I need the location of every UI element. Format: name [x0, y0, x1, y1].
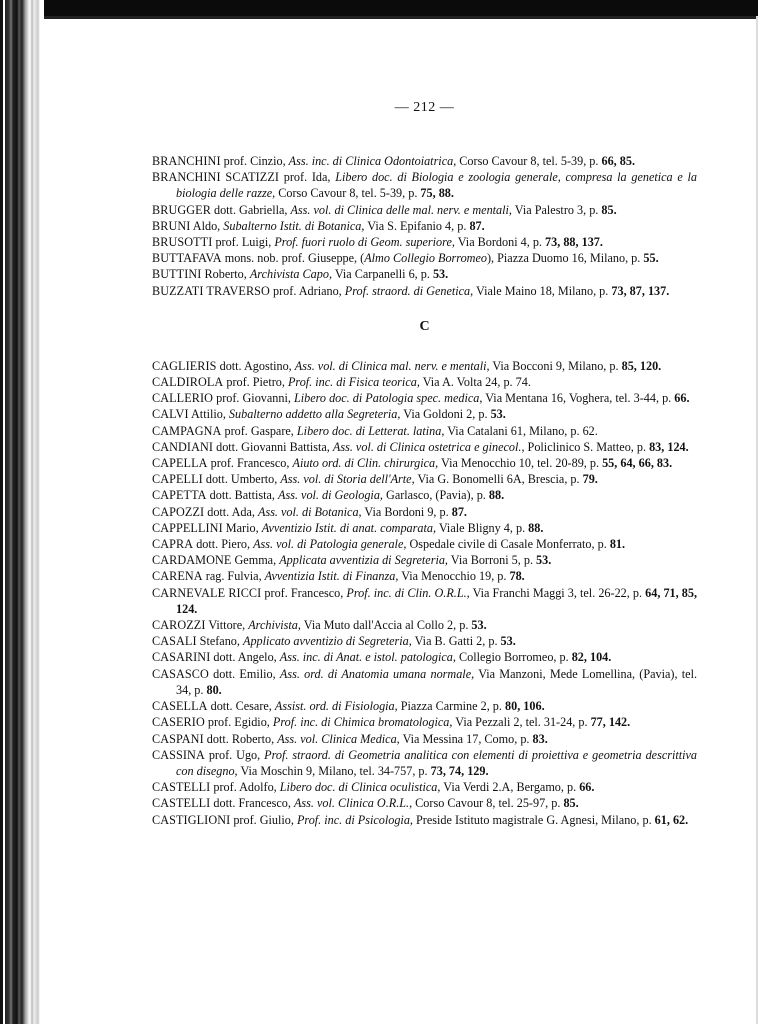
entry-role: Ass. vol. di Geologia, — [278, 488, 383, 502]
entry-role: Aiuto ord. di Clin. chirurgica, — [293, 456, 439, 470]
entry-name: Roberto, — [205, 267, 247, 281]
entry-pages: 61, 62. — [655, 813, 689, 827]
entry-pages: 79. — [583, 472, 598, 486]
entry-address: Via Mentana 16, Voghera, tel. 3-44, p. — [485, 391, 671, 405]
entry-role: Archivista Capo, — [250, 267, 332, 281]
entry-role: Ass. vol. di Botanica, — [258, 505, 362, 519]
entry-address: Via Palestro 3, p. — [515, 203, 599, 217]
entry-name: dott. Umberto, — [206, 472, 277, 486]
directory-entry: CALVI Attilio, Subalterno addetto alla S… — [152, 406, 697, 422]
directory-entry: CARDAMONE Gemma, Applicata avventizia di… — [152, 552, 697, 568]
entry-role: Applicata avventizia di Segreteria, — [279, 553, 448, 567]
entry-pages: 82, 104. — [572, 650, 612, 664]
directory-entry: CAROZZI Vittore, Archivista, Via Muto da… — [152, 617, 697, 633]
entry-address: Piazza Carmine 2, p. — [401, 699, 502, 713]
directory-entry: CARENA rag. Fulvia, Avventizia Istit. di… — [152, 568, 697, 584]
directory-entry: CALDIROLA prof. Pietro, Prof. inc. di Fi… — [152, 374, 697, 390]
entry-address: Via S. Epifanio 4, p. — [367, 219, 466, 233]
scan-binding-edge — [0, 0, 44, 1024]
entry-surname: CARENA — [152, 569, 203, 583]
page-number: — 212 — — [152, 100, 697, 116]
entry-role: Almo Collegio Borromeo — [364, 251, 487, 265]
entry-role: Ass. vol. Clinica O.R.L., — [294, 796, 412, 810]
entry-name: Vittore, — [208, 618, 245, 632]
entry-surname: CAROZZI — [152, 618, 206, 632]
entry-address: Via A. Volta 24, p. 74. — [423, 375, 531, 389]
entry-name: prof. Francesco, — [264, 586, 343, 600]
entry-pages: 85. — [601, 203, 616, 217]
directory-entry: CANDIANI dott. Giovanni Battista, Ass. v… — [152, 439, 697, 455]
entry-pages: 78. — [509, 569, 524, 583]
directory-entry: CAPELLA prof. Francesco, Aiuto ord. di C… — [152, 455, 697, 471]
entry-pages: 66, 85. — [601, 154, 635, 168]
entry-pages: 55, 64, 66, 83. — [602, 456, 672, 470]
entry-pages: 73, 87, 137. — [611, 284, 669, 298]
entry-surname: BRUNI — [152, 219, 190, 233]
entry-pages: 55. — [643, 251, 658, 265]
directory-entry: CASTELLI prof. Adolfo, Libero doc. di Cl… — [152, 779, 697, 795]
entry-name: dott. Ada, — [207, 505, 255, 519]
entry-name: Attilio, — [191, 407, 226, 421]
directory-entry: CALLERIO prof. Giovanni, Libero doc. di … — [152, 390, 697, 406]
entry-name: prof. Adolfo, — [213, 780, 276, 794]
entry-name: dott. Emilio, — [213, 667, 275, 681]
entry-surname: CASTIGLIONI — [152, 813, 230, 827]
entry-address: Via Catalani 61, Milano, p. 62. — [447, 424, 598, 438]
entry-address: Via Pezzali 2, tel. 31-24, p. — [455, 715, 587, 729]
entry-surname: BUZZATI TRAVERSO — [152, 284, 270, 298]
entry-name: prof. Luigi, — [215, 235, 271, 249]
directory-entry: CAPELLI dott. Umberto, Ass. vol. di Stor… — [152, 471, 697, 487]
entry-address: Via Carpanelli 6, p. — [335, 267, 430, 281]
entry-surname: BRANCHINI — [152, 154, 221, 168]
entry-role: Assist. ord. di Fisiologia, — [275, 699, 398, 713]
entry-role: Libero doc. di Patologia spec. medica, — [294, 391, 482, 405]
directory-entry: BRANCHINI SCATIZZI prof. Ida, Libero doc… — [152, 169, 697, 201]
entry-name: prof. Francesco, — [211, 456, 290, 470]
directory-entry: BUTTAFAVA mons. nob. prof. Giuseppe, (Al… — [152, 250, 697, 266]
entry-surname: CASASCO — [152, 667, 209, 681]
entry-surname: CASARINI — [152, 650, 210, 664]
entry-surname: CAMPAGNA — [152, 424, 221, 438]
entry-surname: CASERIO — [152, 715, 205, 729]
entry-role: Subalterno Istit. di Botanica, — [223, 219, 364, 233]
entry-pages: 53. — [491, 407, 506, 421]
entry-role: Ass. vol. di Clinica mal. nerv. e mental… — [295, 359, 490, 373]
entry-pages: 80. — [206, 683, 221, 697]
entry-name: mons. nob. prof. Giuseppe, ( — [225, 251, 364, 265]
directory-entry: CASELLA dott. Cesare, Assist. ord. di Fi… — [152, 698, 697, 714]
entry-pages: 81. — [610, 537, 625, 551]
entry-pages: 88. — [489, 488, 504, 502]
entry-pages: 66. — [674, 391, 689, 405]
entry-name: prof. Gaspare, — [224, 424, 293, 438]
entry-address: Via Bocconi 9, Milano, p. — [492, 359, 618, 373]
entry-name: rag. Fulvia, — [206, 569, 262, 583]
entry-name: dott. Giovanni Battista, — [216, 440, 330, 454]
entry-role: Libero doc. di Clinica oculistica, — [280, 780, 441, 794]
entry-address: Ospedale civile di Casale Monferrato, p. — [409, 537, 606, 551]
entry-pages: 53. — [471, 618, 486, 632]
directory-entry: CAMPAGNA prof. Gaspare, Libero doc. di L… — [152, 423, 697, 439]
entry-name: prof. Egidio, — [208, 715, 270, 729]
directory-entry: CAPETTA dott. Battista, Ass. vol. di Geo… — [152, 487, 697, 503]
directory-entry: BUTTINI Roberto, Archivista Capo, Via Ca… — [152, 266, 697, 282]
entry-pages: 80, 106. — [505, 699, 545, 713]
entry-role: Archivista, — [248, 618, 301, 632]
entry-surname: CASALI — [152, 634, 197, 648]
scan-top-border — [0, 0, 758, 16]
entry-surname: CAPELLI — [152, 472, 203, 486]
entry-role: Applicato avventizio di Segreteria, — [243, 634, 412, 648]
entry-name: dott. Agostino, — [220, 359, 292, 373]
entry-surname: CAPOZZI — [152, 505, 204, 519]
entry-name: dott. Battista, — [210, 488, 275, 502]
directory-entry: BRUSOTTI prof. Luigi, Prof. fuori ruolo … — [152, 234, 697, 250]
directory-entry: CAPOZZI dott. Ada, Ass. vol. di Botanica… — [152, 504, 697, 520]
section-c: CAGLIERIS dott. Agostino, Ass. vol. di C… — [152, 358, 697, 828]
entry-surname: CARDAMONE — [152, 553, 231, 567]
entry-surname: BRUSOTTI — [152, 235, 212, 249]
entry-pages: 88. — [528, 521, 543, 535]
entry-role: Ass. vol. di Storia dell'Arte, — [280, 472, 414, 486]
entry-pages: 53. — [536, 553, 551, 567]
entry-address: Via Verdi 2.A, Bergamo, p. — [443, 780, 576, 794]
entry-name: prof. Ugo, — [209, 748, 260, 762]
entry-surname: CALVI — [152, 407, 189, 421]
entry-surname: CAPETTA — [152, 488, 207, 502]
entry-address: Via Bordoni 9, p. — [364, 505, 448, 519]
section-letter-heading: C — [152, 319, 697, 335]
entry-pages: 73, 74, 129. — [431, 764, 489, 778]
entry-role: Prof. inc. di Psicologia, — [297, 813, 413, 827]
entry-address: Via Menocchio 10, tel. 20-89, p. — [441, 456, 599, 470]
entry-pages: 85, 120. — [622, 359, 662, 373]
entry-name: prof. Cinzio, — [224, 154, 286, 168]
document-page: — 212 — BRANCHINI prof. Cinzio, Ass. inc… — [152, 100, 697, 828]
entry-role: Ass. ord. di Anatomia umana normale, — [280, 667, 474, 681]
entry-address: Via G. Bonomelli 6A, Brescia, p. — [417, 472, 579, 486]
entry-address: Via Franchi Maggi 3, tel. 26-22, p. — [473, 586, 642, 600]
entry-role: Libero doc. di Letterat. latina, — [297, 424, 445, 438]
entry-surname: CALLERIO — [152, 391, 213, 405]
entry-pages: 87. — [469, 219, 484, 233]
entry-name: Gemma, — [235, 553, 277, 567]
entry-address: Viale Bligny 4, p. — [439, 521, 525, 535]
directory-entry: CAPRA dott. Piero, Ass. vol. di Patologi… — [152, 536, 697, 552]
entry-surname: BRUGGER — [152, 203, 211, 217]
entry-role: Prof. inc. di Clin. O.R.L., — [346, 586, 469, 600]
entry-pages: 53. — [501, 634, 516, 648]
entry-name: Aldo, — [193, 219, 220, 233]
directory-entry: CAGLIERIS dott. Agostino, Ass. vol. di C… — [152, 358, 697, 374]
directory-entry: CASSINA prof. Ugo, Prof. straord. di Geo… — [152, 747, 697, 779]
directory-entry: CASPANI dott. Roberto, Ass. vol. Clinica… — [152, 731, 697, 747]
entry-name: Mario, — [226, 521, 259, 535]
entry-address: Preside Istituto magistrale G. Agnesi, M… — [416, 813, 652, 827]
entry-pages: 53. — [433, 267, 448, 281]
entry-address: Via Muto dall'Accia al Collo 2, p. — [304, 618, 469, 632]
section-b-continued: BRANCHINI prof. Cinzio, Ass. inc. di Cli… — [152, 153, 697, 299]
entry-surname: CALDIROLA — [152, 375, 223, 389]
entry-surname: BUTTINI — [152, 267, 201, 281]
entry-address: Via Goldoni 2, p. — [403, 407, 487, 421]
directory-entry: BRUGGER dott. Gabriella, Ass. vol. di Cl… — [152, 202, 697, 218]
scan-top-rule — [30, 16, 758, 19]
entry-pages: 85. — [563, 796, 578, 810]
directory-entry: CASARINI dott. Angelo, Ass. inc. di Anat… — [152, 649, 697, 665]
entry-role: Prof. inc. di Chimica bromatologica, — [273, 715, 453, 729]
entry-name: dott. Roberto, — [207, 732, 274, 746]
entry-address: Via B. Gatti 2, p. — [415, 634, 498, 648]
entry-role: Ass. inc. di Clinica Odontoiatrica, — [289, 154, 457, 168]
entry-address: Via Menocchio 19, p. — [401, 569, 506, 583]
entry-address: Corso Cavour 8, tel. 25-97, p. — [415, 796, 560, 810]
entry-role: Prof. straord. di Genetica, — [345, 284, 473, 298]
entry-surname: BUTTAFAVA — [152, 251, 222, 265]
directory-entry: CASTELLI dott. Francesco, Ass. vol. Clin… — [152, 795, 697, 811]
entry-address: Viale Maino 18, Milano, p. — [476, 284, 608, 298]
entry-pages: 83. — [533, 732, 548, 746]
entry-surname: CANDIANI — [152, 440, 213, 454]
entry-surname: CASELLA — [152, 699, 208, 713]
entry-role: Avventizio Istit. di anat. comparata, — [262, 521, 436, 535]
entry-address: Policlinico S. Matteo, p. — [528, 440, 646, 454]
entry-address: Collegio Borromeo, p. — [459, 650, 569, 664]
entry-surname: CASTELLI — [152, 796, 210, 810]
entry-pages: 77, 142. — [591, 715, 631, 729]
entry-role: Ass. vol. di Clinica delle mal. nerv. e … — [290, 203, 511, 217]
entry-surname: CARNEVALE RICCI — [152, 586, 261, 600]
entry-surname: CAPPELLINI — [152, 521, 223, 535]
directory-entry: CAPPELLINI Mario, Avventizio Istit. di a… — [152, 520, 697, 536]
entry-name: dott. Cesare, — [211, 699, 272, 713]
entry-address: Corso Cavour 8, tel. 5-39, p. — [278, 186, 417, 200]
entry-pages: 87. — [452, 505, 467, 519]
directory-entry: CASTIGLIONI prof. Giulio, Prof. inc. di … — [152, 812, 697, 828]
entry-address: Via Messina 17, Como, p. — [403, 732, 530, 746]
entry-role: Prof. inc. di Fisica teorica, — [288, 375, 420, 389]
entry-surname: CAPRA — [152, 537, 193, 551]
entry-surname: CASPANI — [152, 732, 204, 746]
entry-name: Stefano, — [200, 634, 240, 648]
entry-address: ), Piazza Duomo 16, Milano, p. — [487, 251, 640, 265]
entry-role: Ass. vol. di Patologia generale, — [253, 537, 406, 551]
directory-entry: BRANCHINI prof. Cinzio, Ass. inc. di Cli… — [152, 153, 697, 169]
directory-entry: CARNEVALE RICCI prof. Francesco, Prof. i… — [152, 585, 697, 617]
entry-surname: CAGLIERIS — [152, 359, 217, 373]
entry-address: Via Moschin 9, Milano, tel. 34-757, p. — [240, 764, 427, 778]
entry-pages: 73, 88, 137. — [545, 235, 603, 249]
entry-surname: BRANCHINI SCATIZZI — [152, 170, 279, 184]
entry-surname: CASSINA — [152, 748, 205, 762]
entry-name: dott. Gabriella, — [214, 203, 287, 217]
entry-pages: 66. — [579, 780, 594, 794]
directory-entry: CASALI Stefano, Applicato avventizio di … — [152, 633, 697, 649]
entry-role: Ass. vol. Clinica Medica, — [277, 732, 400, 746]
entry-surname: CAPELLA — [152, 456, 208, 470]
entry-name: dott. Angelo, — [213, 650, 276, 664]
directory-entry: CASERIO prof. Egidio, Prof. inc. di Chim… — [152, 714, 697, 730]
directory-entry: BUZZATI TRAVERSO prof. Adriano, Prof. st… — [152, 283, 697, 299]
entry-pages: 83, 124. — [649, 440, 689, 454]
entry-surname: CASTELLI — [152, 780, 210, 794]
entry-name: dott. Francesco, — [213, 796, 291, 810]
directory-entry: CASASCO dott. Emilio, Ass. ord. di Anato… — [152, 666, 697, 698]
entry-address: Corso Cavour 8, tel. 5-39, p. — [459, 154, 598, 168]
entry-name: prof. Giovanni, — [216, 391, 291, 405]
entry-address: Via Borroni 5, p. — [451, 553, 533, 567]
entry-role: Avventizia Istit. di Finanza, — [265, 569, 399, 583]
directory-entry: BRUNI Aldo, Subalterno Istit. di Botanic… — [152, 218, 697, 234]
entry-name: prof. Ida, — [284, 170, 331, 184]
entry-name: dott. Piero, — [196, 537, 250, 551]
entry-address: Via Bordoni 4, p. — [458, 235, 542, 249]
entry-name: prof. Giulio, — [233, 813, 294, 827]
entry-pages: 75, 88. — [420, 186, 454, 200]
entry-role: Ass. inc. di Anat. e istol. patologica, — [280, 650, 456, 664]
entry-role: Subalterno addetto alla Segreteria, — [229, 407, 401, 421]
entry-address: Garlasco, (Pavia), p. — [386, 488, 486, 502]
entry-name: prof. Pietro, — [226, 375, 285, 389]
entry-role: Ass. vol. di Clinica ostetrica e ginecol… — [333, 440, 525, 454]
entry-name: prof. Adriano, — [273, 284, 342, 298]
entry-role: Prof. fuori ruolo di Geom. superiore, — [274, 235, 455, 249]
